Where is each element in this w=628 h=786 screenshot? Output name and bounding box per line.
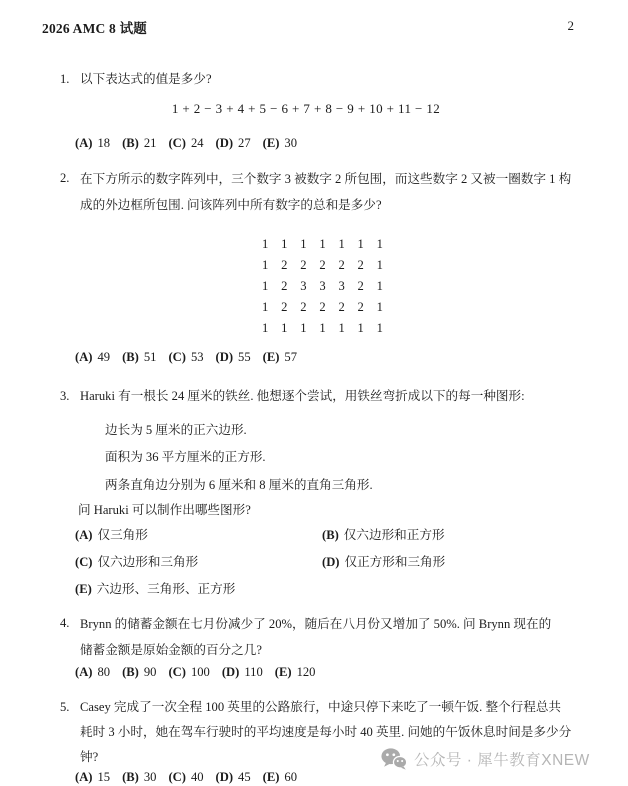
wechat-icon — [381, 748, 407, 770]
option-value: 27 — [238, 136, 251, 151]
options-row-q3-2: (C)仅六边形和三角形 (D)仅正方形和三角形 — [75, 554, 545, 571]
watermark: 公众号 · 犀牛教育XNEW — [381, 748, 590, 770]
option: (C)100 — [168, 665, 209, 680]
question-number: 5. — [60, 699, 69, 716]
option-label: (C) — [168, 770, 185, 785]
option-value: 57 — [284, 350, 297, 365]
option-label: (A) — [75, 527, 92, 544]
option: (D)55 — [216, 350, 251, 365]
question-3: 3. Haruki 有一根长 24 厘米的铁丝. 他想逐个尝试，用铁丝弯折成以下… — [60, 388, 525, 405]
options-row-q3-3: (E)六边形、三角形、正方形 — [75, 581, 545, 598]
document-title: 2026 AMC 8 试题 — [42, 17, 147, 37]
grid-row: 1222221 — [262, 297, 383, 318]
option-value: 21 — [144, 136, 157, 151]
option: (B)仅六边形和正方形 — [322, 527, 445, 544]
option-value: 100 — [191, 665, 210, 680]
option: (A)15 — [75, 770, 110, 785]
question-text-line: 成的外边框所包围. 问该阵列中所有数字的总和是多少? — [80, 192, 571, 218]
question-number: 2. — [60, 170, 69, 187]
option-label: (B) — [122, 770, 139, 785]
option-value: 120 — [297, 665, 316, 680]
option-label: (E) — [275, 665, 292, 680]
option: (B)51 — [122, 350, 156, 365]
option-value: 51 — [144, 350, 157, 365]
question-1: 1. 以下表达式的值是多少? — [60, 71, 212, 88]
option-label: (A) — [75, 665, 92, 680]
option-value: 30 — [144, 770, 157, 785]
option-value: 六边形、三角形、正方形 — [97, 581, 236, 598]
grid-cell: 1 — [262, 276, 268, 297]
option-value: 40 — [191, 770, 204, 785]
question-number: 4. — [60, 615, 69, 632]
grid-cell: 1 — [262, 255, 268, 276]
watermark-text: 公众号 · 犀牛教育XNEW — [414, 748, 590, 770]
grid-cell: 1 — [262, 297, 268, 318]
grid-cell: 1 — [377, 276, 383, 297]
option: (E)30 — [263, 136, 297, 151]
grid-cell: 1 — [358, 234, 364, 255]
option-label: (C) — [168, 665, 185, 680]
grid-cell: 3 — [300, 276, 306, 297]
sub-item: 边长为 5 厘米的正六边形. — [105, 422, 247, 439]
grid-cell: 1 — [358, 318, 364, 339]
grid-cell: 2 — [300, 297, 306, 318]
grid-cell: 1 — [377, 255, 383, 276]
number-grid: 1111111 1222221 1233321 1222221 1111111 — [262, 234, 383, 339]
question-text-line: Casey 完成了一次全程 100 英里的公路旅行，中途只停下来吃了一顿午饭. … — [80, 695, 571, 720]
grid-cell: 1 — [281, 234, 287, 255]
option-value: 49 — [97, 350, 110, 365]
option: (E)六边形、三角形、正方形 — [75, 581, 235, 598]
option-value: 仅三角形 — [97, 527, 147, 544]
sub-item: 两条直角边分别为 6 厘米和 8 厘米的直角三角形. — [105, 477, 373, 494]
option: (A)49 — [75, 350, 110, 365]
question-text: Haruki 有一根长 24 厘米的铁丝. 他想逐个尝试，用铁丝弯折成以下的每一… — [60, 388, 525, 405]
option: (A)18 — [75, 136, 110, 151]
question-text: 以下表达式的值是多少? — [60, 71, 212, 88]
question-number: 3. — [60, 388, 69, 405]
option-value: 18 — [97, 136, 110, 151]
question-4: 4. Brynn 的储蓄金额在七月份减少了 20%，随后在八月份又增加了 50%… — [60, 611, 551, 663]
grid-cell: 2 — [358, 255, 364, 276]
option-label: (C) — [168, 350, 185, 365]
grid-row: 1233321 — [262, 276, 383, 297]
math-expression: 1 + 2 − 3 + 4 + 5 − 6 + 7 + 8 − 9 + 10 +… — [42, 101, 570, 117]
grid-cell: 1 — [262, 318, 268, 339]
option-label: (C) — [75, 554, 92, 571]
document-page: 2026 AMC 8 试题 2 1. 以下表达式的值是多少? 1 + 2 − 3… — [0, 0, 628, 786]
option: (C)53 — [168, 350, 203, 365]
grid-cell: 1 — [377, 318, 383, 339]
grid-cell: 2 — [358, 276, 364, 297]
options-row-q4: (A)80 (B)90 (C)100 (D)110 (E)120 — [75, 665, 315, 680]
grid-cell: 2 — [281, 297, 287, 318]
grid-cell: 2 — [338, 255, 344, 276]
option-label: (C) — [168, 136, 185, 151]
option-label: (E) — [263, 136, 280, 151]
grid-cell: 1 — [300, 234, 306, 255]
option-label: (D) — [322, 554, 339, 571]
option: (B)21 — [122, 136, 156, 151]
grid-row: 1111111 — [262, 234, 383, 255]
option: (E)60 — [263, 770, 297, 785]
option-label: (B) — [122, 665, 139, 680]
grid-cell: 2 — [281, 276, 287, 297]
option-value: 60 — [284, 770, 297, 785]
question-prompt: 问 Haruki 可以制作出哪些图形? — [78, 502, 251, 519]
grid-cell: 2 — [319, 297, 325, 318]
grid-cell: 1 — [319, 234, 325, 255]
option-value: 55 — [238, 350, 251, 365]
option-label: (B) — [122, 136, 139, 151]
options-row-q5: (A)15 (B)30 (C)40 (D)45 (E)60 — [75, 770, 297, 785]
option-label: (B) — [122, 350, 139, 365]
option: (A)仅三角形 — [75, 527, 148, 544]
option-value: 仅六边形和正方形 — [344, 527, 445, 544]
grid-row: 1222221 — [262, 255, 383, 276]
option-value: 90 — [144, 665, 157, 680]
option: (A)80 — [75, 665, 110, 680]
option-value: 仅六边形和三角形 — [97, 554, 198, 571]
option-label: (E) — [263, 350, 280, 365]
sub-item: 面积为 36 平方厘米的正方形. — [105, 449, 266, 466]
option-value: 24 — [191, 136, 204, 151]
option: (C)仅六边形和三角形 — [75, 554, 198, 571]
grid-cell: 1 — [338, 234, 344, 255]
option-value: 80 — [97, 665, 110, 680]
option-label: (A) — [75, 350, 92, 365]
grid-cell: 2 — [338, 297, 344, 318]
question-2: 2. 在下方所示的数字阵列中，三个数字 3 被数字 2 所包围，而这些数字 2 … — [60, 166, 571, 218]
option: (C)24 — [168, 136, 203, 151]
options-row-q2: (A)49 (B)51 (C)53 (D)55 (E)57 — [75, 350, 297, 365]
grid-cell: 3 — [319, 276, 325, 297]
option: (B)90 — [122, 665, 156, 680]
option-label: (D) — [216, 770, 233, 785]
grid-cell: 1 — [300, 318, 306, 339]
option: (D)27 — [216, 136, 251, 151]
option-label: (D) — [222, 665, 239, 680]
grid-cell: 3 — [338, 276, 344, 297]
option-label: (D) — [216, 136, 233, 151]
option: (D)45 — [216, 770, 251, 785]
option: (D)110 — [222, 665, 263, 680]
options-row-q1: (A)18 (B)21 (C)24 (D)27 (E)30 — [75, 136, 297, 151]
page-number: 2 — [568, 18, 575, 34]
options-row-q3-1: (A)仅三角形 (B)仅六边形和正方形 — [75, 527, 545, 544]
option: (E)120 — [275, 665, 316, 680]
option-label: (A) — [75, 770, 92, 785]
question-text: 在下方所示的数字阵列中，三个数字 3 被数字 2 所包围，而这些数字 2 又被一… — [60, 166, 571, 218]
question-text: Brynn 的储蓄金额在七月份减少了 20%，随后在八月份又增加了 50%. 问… — [60, 611, 551, 663]
option-label: (E) — [75, 581, 92, 598]
grid-cell: 1 — [338, 318, 344, 339]
grid-cell: 1 — [319, 318, 325, 339]
grid-cell: 1 — [377, 234, 383, 255]
option: (E)57 — [263, 350, 297, 365]
option-label: (D) — [216, 350, 233, 365]
option-label: (B) — [322, 527, 339, 544]
question-text-line: 储蓄金额是原始金额的百分之几? — [80, 637, 551, 663]
option-value: 53 — [191, 350, 204, 365]
question-text-line: 耗时 3 小时，她在驾车行驶时的平均速度是每小时 40 英里. 问她的午饭休息时… — [80, 720, 571, 745]
option: (D)仅正方形和三角形 — [322, 554, 445, 571]
option: (B)30 — [122, 770, 156, 785]
option-value: 30 — [284, 136, 297, 151]
grid-cell: 2 — [300, 255, 306, 276]
grid-cell: 2 — [319, 255, 325, 276]
grid-cell: 1 — [281, 318, 287, 339]
grid-cell: 1 — [262, 234, 268, 255]
grid-cell: 2 — [281, 255, 287, 276]
grid-cell: 2 — [358, 297, 364, 318]
grid-row: 1111111 — [262, 318, 383, 339]
option-value: 15 — [97, 770, 110, 785]
question-text-line: 在下方所示的数字阵列中，三个数字 3 被数字 2 所包围，而这些数字 2 又被一… — [80, 166, 571, 192]
option-value: 45 — [238, 770, 251, 785]
option: (C)40 — [168, 770, 203, 785]
option-label: (A) — [75, 136, 92, 151]
option-value: 仅正方形和三角形 — [344, 554, 445, 571]
grid-cell: 1 — [377, 297, 383, 318]
option-value: 110 — [244, 665, 262, 680]
question-text-line: Brynn 的储蓄金额在七月份减少了 20%，随后在八月份又增加了 50%. 问… — [80, 611, 551, 637]
option-label: (E) — [263, 770, 280, 785]
question-number: 1. — [60, 71, 69, 88]
